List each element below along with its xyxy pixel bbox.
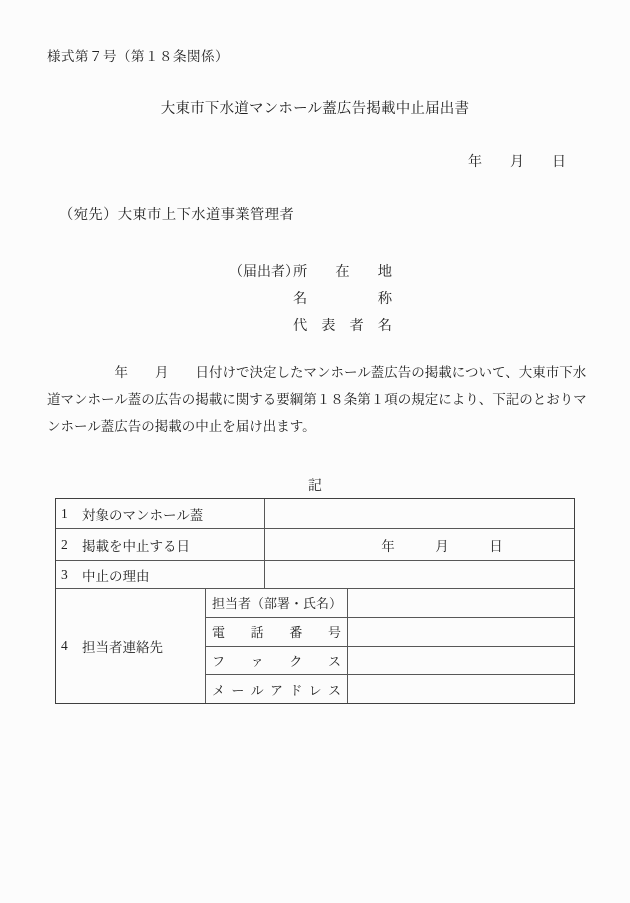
row-label: 担当者連絡先 xyxy=(82,636,163,656)
subrow-label: ファクス xyxy=(206,647,348,675)
row-label: 掲載を中止する日 xyxy=(82,535,190,555)
row-value-cell: 年 月 日 xyxy=(265,529,574,560)
subrow-value-cell xyxy=(348,589,574,617)
row-number: 3 xyxy=(61,567,82,583)
row-header: 1 対象のマンホール蓋 xyxy=(56,499,265,528)
issue-date-line: 年 月 日 xyxy=(468,151,566,171)
row-header: 4 担当者連絡先 xyxy=(56,589,206,703)
contact-subtable: 担当者（部署・氏名） 電話番号 ファクス メールアドレス xyxy=(206,589,574,703)
row-label: 中止の理由 xyxy=(82,565,150,585)
section-marker: 記 xyxy=(0,475,630,495)
row-label: 対象のマンホール蓋 xyxy=(82,504,203,524)
declarant-field-address: 所在地 xyxy=(293,261,392,281)
addressee-line: （宛先）大東市上下水道事業管理者 xyxy=(59,204,294,224)
table-row-stop-date: 2 掲載を中止する日 年 月 日 xyxy=(56,529,574,561)
body-paragraph: 年 月 日付けで決定したマンホール蓋広告の掲載について、大東市下水 道マンホール… xyxy=(47,359,589,440)
table-row-target-manhole: 1 対象のマンホール蓋 xyxy=(56,499,574,529)
declarant-field-name: 名称 xyxy=(293,288,392,308)
subrow-value-cell xyxy=(348,675,574,703)
subrow-email: メールアドレス xyxy=(206,675,574,703)
declarant-label: （届出者） xyxy=(229,261,299,281)
row-number: 2 xyxy=(61,537,82,553)
row-number: 1 xyxy=(61,506,82,522)
body-paragraph-line: ンホール蓋広告の掲載の中止を届け出ます。 xyxy=(47,413,589,440)
row-header: 3 中止の理由 xyxy=(56,561,265,588)
row-value-cell xyxy=(265,561,574,588)
subrow-fax: ファクス xyxy=(206,647,574,676)
body-paragraph-line: 道マンホール蓋の広告の掲載に関する要綱第１８条第１項の規定により、下記のとおりマ xyxy=(47,386,589,413)
body-paragraph-line: 年 月 日付けで決定したマンホール蓋広告の掲載について、大東市下水 xyxy=(47,359,589,386)
subrow-phone: 電話番号 xyxy=(206,618,574,647)
row-header: 2 掲載を中止する日 xyxy=(56,529,265,560)
row-number: 4 xyxy=(61,638,82,654)
table-row-contact: 4 担当者連絡先 担当者（部署・氏名） 電話番号 ファクス メールアドレス xyxy=(56,589,574,703)
row-value-cell xyxy=(265,499,574,528)
table-row-stop-reason: 3 中止の理由 xyxy=(56,561,574,589)
notice-table: 1 対象のマンホール蓋 2 掲載を中止する日 年 月 日 3 中止の理由 4 担… xyxy=(55,498,575,704)
subrow-value-cell xyxy=(348,618,574,646)
subrow-label: 担当者（部署・氏名） xyxy=(206,589,348,617)
declarant-field-representative: 代表者名 xyxy=(293,315,392,335)
form-number: 様式第７号（第１８条関係） xyxy=(47,45,229,65)
subrow-label: 電話番号 xyxy=(206,618,348,646)
document-page: 様式第７号（第１８条関係） 大東市下水道マンホール蓋広告掲載中止届出書 年 月 … xyxy=(0,0,630,903)
subrow-value-cell xyxy=(348,647,574,675)
subrow-label: メールアドレス xyxy=(206,675,348,703)
subrow-contact-person: 担当者（部署・氏名） xyxy=(206,589,574,618)
document-title: 大東市下水道マンホール蓋広告掲載中止届出書 xyxy=(0,97,630,118)
